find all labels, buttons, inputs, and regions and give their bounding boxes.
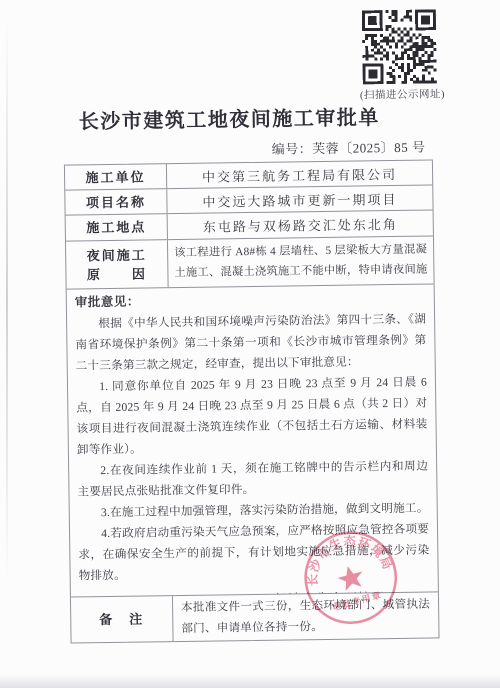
document: (扫描进公示网址) 长沙市建筑工地夜间施工审批单 编号：芙蓉〔2025〕85 号… <box>0 0 500 688</box>
document-number: 编号：芙蓉〔2025〕85 号 <box>272 137 426 158</box>
value-construction-site: 东屯路与双杨路交汇处东北角 <box>168 210 433 239</box>
table-row-night-work-reason: 夜间施工 原 因 该工程进行 A8#栋 4 层墙柱、5 层梁板大方量混凝土施工、… <box>66 236 434 289</box>
value-project-name: 中交远大路城市更新一期项目 <box>167 185 432 213</box>
label-project-name: 项目名称 <box>65 189 167 214</box>
approval-form-table: 施工单位 中交第三航务工程局有限公司 项目名称 中交远大路城市更新一期项目 施工… <box>64 159 440 643</box>
approval-paragraph-basis: 根据《中华人民共和国环境噪声污染防治法》第四十三条、《湖南省环境保护条例》第二十… <box>75 309 427 377</box>
approval-paragraph-item4: 4.若政府启动重污染天气应急预案，应严格按照应急管控各项要求，在确保安全生产的前… <box>78 519 430 587</box>
label-remark: 备 注 <box>71 596 174 642</box>
qr-block: (扫描进公示网址) <box>359 9 440 102</box>
label-text: 施工单位 <box>85 167 145 187</box>
scanned-document-page: { "page": { "paper_color": "#fcfcfd", "t… <box>0 0 500 688</box>
document-number-label: 编号： <box>272 141 313 157</box>
document-number-value: 芙蓉〔2025〕85 号 <box>312 140 425 157</box>
table-row-remark: 备 注 本批准文件一式三份，生态环境部门、城管执法部门、申请单位各持一份。 <box>71 592 439 642</box>
label-text-line2: 原 因 <box>87 264 147 284</box>
label-construction-unit: 施工单位 <box>65 164 167 189</box>
value-construction-unit: 中交第三航务工程局有限公司 <box>167 160 432 188</box>
value-remark: 本批准文件一式三份，生态环境部门、城管执法部门、申请单位各持一份。 <box>173 592 439 641</box>
qr-code-icon <box>362 9 437 84</box>
approval-opinion-cell: 审批意见： 根据《中华人民共和国环境噪声污染防治法》第四十三条、《湖南省环境保护… <box>67 284 438 596</box>
label-construction-site: 施工地点 <box>66 214 168 240</box>
label-night-work-reason: 夜间施工 原 因 <box>66 240 169 288</box>
approval-paragraph-item2: 2.在夜间连续作业前 1 天，须在施工铭牌中的告示栏内和周边主要居民点张贴批准文… <box>77 456 429 503</box>
label-text-line1: 夜间施工 <box>87 245 147 265</box>
approval-paragraph-item1: 1. 同意你单位自 2025 年 9 月 23 日晚 23 点至 9 月 24 … <box>76 372 428 461</box>
label-text: 施工地点 <box>86 217 146 237</box>
value-night-work-reason: 该工程进行 A8#栋 4 层墙柱、5 层梁板大方量混凝土施工、混凝土浇筑施工不能… <box>168 236 434 287</box>
label-text: 项目名称 <box>86 192 146 212</box>
label-text: 备 注 <box>99 610 144 630</box>
table-row-approval-opinion: 审批意见： 根据《中华人民共和国环境噪声污染防治法》第四十三条、《湖南省环境保护… <box>67 284 438 597</box>
document-title: 长沙市建筑工地夜间施工审批单 <box>29 100 429 135</box>
